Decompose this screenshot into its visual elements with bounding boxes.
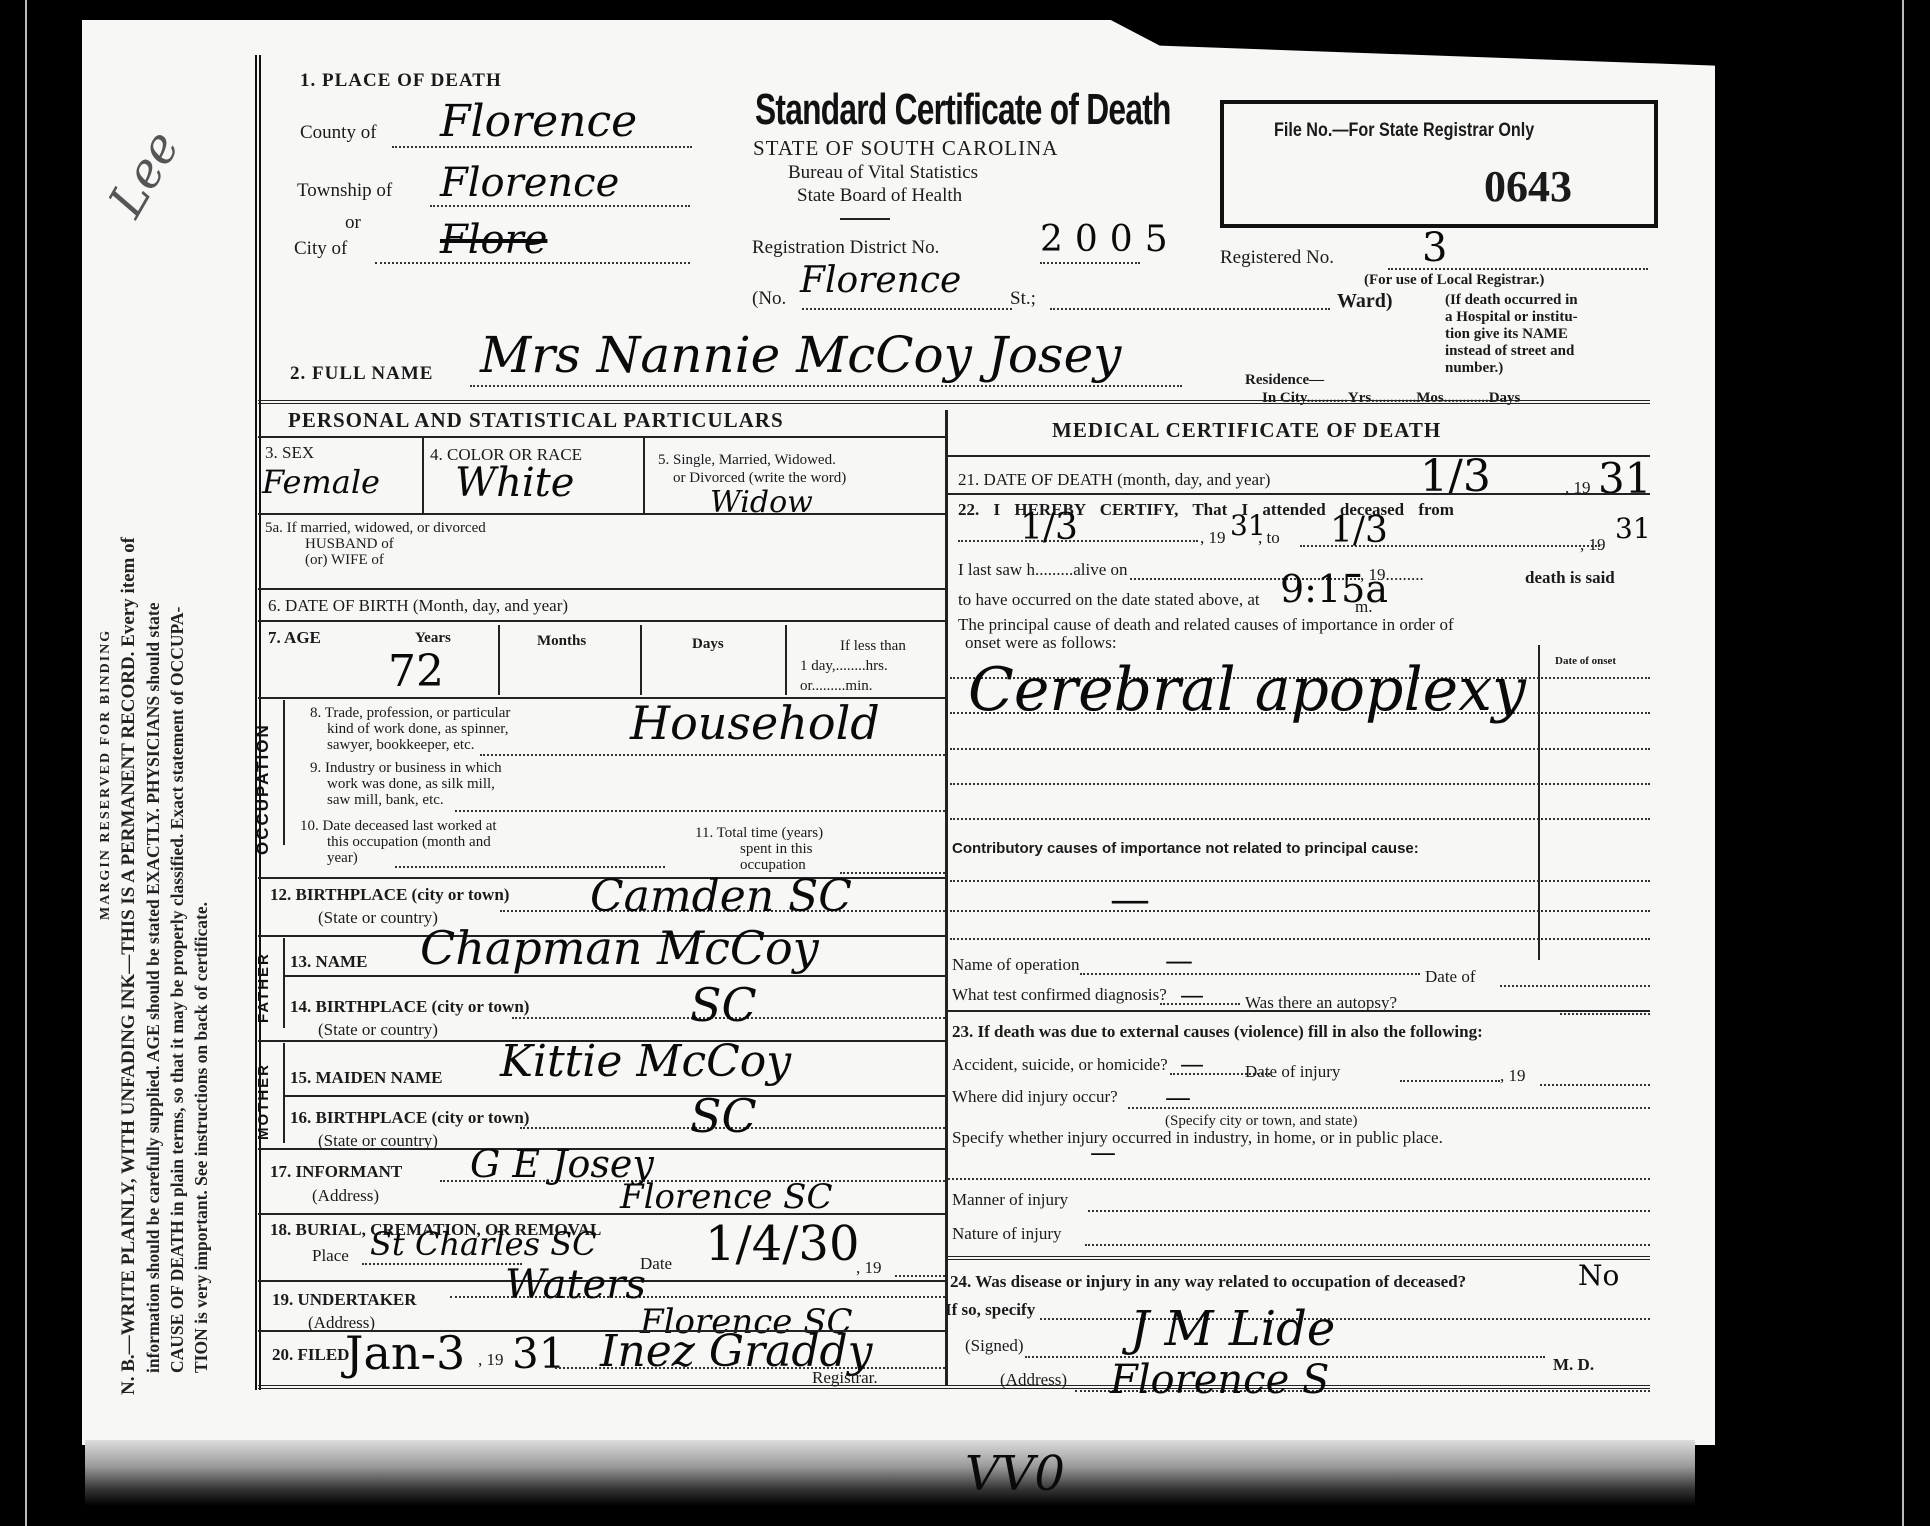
death-said-label: death is said [1525, 568, 1615, 588]
street-label: St.; [1010, 288, 1036, 310]
birthplace-value[interactable]: Camden SC [590, 875, 852, 919]
father-name-label: 13. NAME [290, 952, 367, 972]
rule-before-occupation-related [948, 1256, 1650, 1260]
lastworked-label-2: this occupation (month and [327, 834, 491, 851]
cause-line-5 [950, 818, 1650, 820]
sex-label: 3. SEX [265, 443, 314, 463]
specify-place-line [948, 1178, 1650, 1180]
rule-after-date-of-death [948, 493, 1650, 495]
father-birthplace-value[interactable]: SC [690, 982, 757, 1028]
race-marital-divider [643, 437, 645, 513]
father-side-label: FATHER [255, 952, 272, 1023]
undertaker-value[interactable]: Waters [505, 1265, 646, 1305]
cause-label-1: The principal cause of death and related… [958, 615, 1454, 635]
margin-instruction-line-3: CAUSE OF DEATH in plain terms, so that i… [167, 607, 188, 1395]
father-name-value[interactable]: Chapman McCoy [420, 925, 819, 971]
margin-instruction-line-2: information should be carefully supplied… [143, 602, 164, 1395]
attended-to-year-value[interactable]: 31 [1615, 515, 1651, 543]
bureau-name: Bureau of Vital Statistics [788, 162, 978, 184]
mother-side-divider [283, 1043, 285, 1143]
title-rule [840, 218, 890, 220]
age-label: 7. AGE [268, 628, 321, 648]
trade-label-3: sawyer, bookkeeper, etc. [327, 737, 474, 754]
county-value[interactable]: Florence [440, 100, 637, 144]
operation-date-line [1500, 985, 1650, 987]
rule-after-dob [258, 620, 945, 622]
injury-year-prefix: , 19 [1500, 1066, 1526, 1086]
totaltime-label-2: spent in this [740, 841, 813, 858]
rule-medical-heading [948, 455, 1650, 457]
contributory-line-3 [950, 938, 1650, 940]
hospital-note-line-4: instead of street and [1445, 343, 1578, 360]
registrar-label: Registrar. [812, 1368, 878, 1388]
nature-label: Nature of injury [952, 1224, 1062, 1244]
specify-place-value[interactable]: — [1090, 1140, 1116, 1166]
age-days-divider [785, 625, 787, 695]
signed-label: (Signed) [965, 1336, 1024, 1356]
specify-place-label: Specify whether injury occurred in indus… [952, 1128, 1443, 1148]
ward-label: Ward) [1337, 290, 1393, 313]
place-of-death-heading: 1. PLACE OF DEATH [300, 70, 502, 92]
contributory-line-1 [950, 880, 1650, 882]
certificate-title: Standard Certificate of Death [755, 85, 1171, 135]
injury-date-line [1400, 1080, 1500, 1082]
margin-instruction-line-4: TION is very important. See instructions… [191, 902, 212, 1395]
age-years-label: Years [415, 630, 451, 647]
scan-edge-line-left [25, 0, 27, 1526]
manner-line [1088, 1210, 1650, 1212]
file-number-label: File No.—For State Registrar Only [1274, 120, 1534, 142]
form-bottom-border [258, 1385, 1650, 1389]
occupation-related-label: 24. Was disease or injury in any way rel… [950, 1272, 1466, 1292]
burial-year-line [895, 1275, 945, 1277]
birthplace-label-1: 12. BIRTHPLACE (city or town) [270, 885, 509, 905]
hospital-note-line-3: tion give its NAME [1445, 326, 1578, 343]
rule-after-informant [258, 1213, 945, 1215]
industry-label-2: work was done, as silk mill, [327, 776, 495, 793]
accident-label: Accident, suicide, or homicide? [952, 1055, 1168, 1075]
father-birthplace-label-2: (State or country) [318, 1020, 438, 1040]
paper-bottom-smudge [85, 1440, 1695, 1506]
operation-date-label: Date of [1425, 967, 1476, 987]
industry-label-1: 9. Industry or business in which [310, 760, 502, 777]
township-value[interactable]: Florence [440, 163, 619, 203]
file-number-box: File No.—For State Registrar Only 0643 [1220, 100, 1658, 228]
cause-line-4 [950, 783, 1650, 785]
if-so-label: If so, specify [945, 1300, 1035, 1320]
center-divider [945, 410, 948, 1385]
dob-label: 6. DATE OF BIRTH (Month, day, and year) [268, 596, 568, 616]
filed-label: 20. FILED [272, 1345, 349, 1365]
residence-label: Residence— [1245, 372, 1324, 389]
mother-birthplace-value[interactable]: SC [690, 1093, 757, 1139]
rule-after-sex [258, 513, 945, 515]
totaltime-line [840, 872, 945, 874]
city-value[interactable]: Flore [440, 220, 547, 260]
registered-number-value[interactable]: 3 [1422, 228, 1447, 268]
lastworked-label-3: year) [327, 850, 358, 867]
contributory-label: Contributory causes of importance not re… [952, 840, 1419, 857]
injury-where-line [1128, 1107, 1650, 1109]
attended-to-value[interactable]: 1/3 [1330, 513, 1388, 549]
injury-year-line [1540, 1084, 1650, 1086]
trade-value[interactable]: Household [630, 700, 880, 746]
street-number-value[interactable]: Florence [800, 263, 961, 299]
age-less-2: 1 day,........hrs. [800, 658, 888, 675]
physician-address-value[interactable]: Florence S [1110, 1360, 1329, 1400]
hospital-note-line-5: number.) [1445, 360, 1578, 377]
industry-label-3: saw mill, bank, etc. [327, 792, 444, 809]
full-name-label: 2. FULL NAME [290, 363, 433, 385]
registration-district-label: Registration District No. [752, 237, 939, 259]
cause-label-2: onset were as follows: [965, 633, 1117, 653]
father-side-divider [283, 938, 285, 1028]
age-months-divider [640, 625, 642, 695]
rule-personal-heading [258, 436, 945, 438]
full-name-value[interactable]: Mrs Nannie McCoy Josey [480, 330, 1121, 380]
test-value[interactable]: — [1180, 983, 1204, 1007]
file-number-value: 0643 [1484, 162, 1572, 213]
age-years-value[interactable]: 72 [388, 650, 444, 694]
totaltime-label-1: 11. Total time (years) [695, 825, 823, 842]
residence-in-city: In City...........Yrs............Mos....… [1262, 390, 1520, 407]
autopsy-line [1560, 1013, 1650, 1015]
full-name-line [470, 385, 1182, 387]
section-divider-top [258, 400, 1650, 404]
registered-number-label: Registered No. [1220, 247, 1334, 269]
local-registrar-note: (For use of Local Registrar.) [1364, 272, 1544, 289]
occupation-side-divider [283, 700, 285, 845]
sex-race-divider [422, 437, 424, 513]
injury-date-label: Date of injury [1245, 1062, 1340, 1082]
hospital-note-line-1: (If death occurred in [1445, 292, 1578, 309]
hospital-note: (If death occurred in a Hospital or inst… [1445, 292, 1578, 377]
nature-line [1085, 1244, 1650, 1246]
street-number-line [802, 308, 1012, 310]
injury-where-value[interactable]: — [1165, 1085, 1191, 1111]
street-line [1050, 308, 1330, 310]
burial-date-value[interactable]: 1/4/30 [705, 1220, 860, 1268]
contributory-value[interactable]: — [1110, 880, 1150, 920]
margin-reserved-note: MARGIN RESERVED FOR BINDING [98, 629, 114, 920]
registration-district-value[interactable]: 2005 [1040, 222, 1180, 258]
burial-place-label: Place [312, 1246, 349, 1266]
personal-heading: PERSONAL AND STATISTICAL PARTICULARS [288, 408, 784, 432]
city-label: City of [294, 238, 347, 260]
external-causes-label: 23. If death was due to external causes … [952, 1022, 1483, 1042]
board-name: State Board of Health [797, 185, 962, 207]
date-of-death-label: 21. DATE OF DEATH (month, day, and year) [958, 470, 1270, 490]
mother-birthplace-label-1: 16. BIRTHPLACE (city or town) [290, 1108, 529, 1128]
scan-edge-line-right [1902, 0, 1904, 1526]
rule-after-mother-name [283, 1095, 945, 1097]
attended-from-line [958, 540, 1198, 542]
age-years-divider [498, 625, 500, 695]
county-label: County of [300, 122, 377, 144]
spouse-label-2: HUSBAND of [305, 536, 394, 553]
race-value[interactable]: White [455, 463, 574, 503]
marital-label-1: 5. Single, Married, Widowed. [658, 452, 836, 469]
last-saw-label: I last saw h.........alive on [958, 560, 1128, 580]
rule-after-father-name [283, 975, 945, 977]
date-of-onset-label: Date of onset [1555, 655, 1616, 668]
registration-district-line [1040, 262, 1140, 264]
informant-address-value[interactable]: Florence SC [620, 1180, 832, 1214]
spouse-label-1: 5a. If married, widowed, or divorced [265, 520, 486, 537]
operation-line [1080, 973, 1420, 975]
bottom-scrawl: VV0 [965, 1450, 1065, 1498]
occupation-related-value[interactable]: No [1578, 1262, 1619, 1290]
time-suffix: m. [1355, 597, 1372, 617]
street-number-label: (No. [752, 288, 786, 310]
burial-year-prefix: , 19 [856, 1258, 882, 1278]
contributory-line-2 [950, 910, 1650, 912]
sex-value[interactable]: Female [262, 466, 380, 498]
medical-heading: MEDICAL CERTIFICATE OF DEATH [1052, 418, 1441, 442]
cause-of-death-value[interactable]: Cerebral apoplexy [968, 660, 1526, 720]
accident-value[interactable]: — [1180, 1052, 1204, 1076]
mother-name-value[interactable]: Kittie McCoy [500, 1040, 791, 1084]
mother-side-label: MOTHER [255, 1063, 272, 1140]
trade-label-1: 8. Trade, profession, or particular [310, 705, 510, 722]
spouse-label-3: (or) WIFE of [305, 552, 384, 569]
age-days-label: Days [692, 636, 724, 653]
age-less-3: or.........min. [800, 678, 873, 695]
injury-where-label: Where did injury occur? [952, 1087, 1118, 1107]
manner-label: Manner of injury [952, 1190, 1068, 1210]
burial-place-value[interactable]: St Charles SC [370, 1228, 597, 1260]
date-of-onset-divider [1538, 645, 1540, 960]
mother-name-label: 15. MAIDEN NAME [290, 1068, 443, 1088]
physician-signature[interactable]: J M Lide [1130, 1305, 1335, 1353]
undertaker-label: 19. UNDERTAKER [272, 1290, 417, 1310]
trade-label-2: kind of work done, as spinner, [327, 721, 508, 738]
hospital-note-line-2: a Hospital or institu- [1445, 309, 1578, 326]
occupation-side-label: OCCUPATION [253, 723, 273, 855]
filed-year-prefix: , 19 [478, 1350, 504, 1370]
operation-value[interactable]: — [1165, 947, 1193, 975]
to-label: , to [1258, 528, 1280, 548]
margin-instruction-line-1: N. B.—WRITE PLAINLY, WITH UNFADING INK—T… [118, 537, 140, 1395]
attended-from-year-prefix: , 19 [1200, 528, 1226, 548]
md-label: M. D. [1553, 1355, 1594, 1375]
cause-line-3 [950, 748, 1650, 750]
informant-label: 17. INFORMANT [270, 1162, 402, 1182]
industry-line [455, 810, 945, 812]
father-birthplace-label-1: 14. BIRTHPLACE (city or town) [290, 997, 529, 1017]
lastworked-label-1: 10. Date deceased last worked at [300, 818, 497, 835]
attended-to-year-prefix: , 19 [1580, 535, 1606, 555]
rule-after-spouse [258, 588, 945, 590]
physician-address-label: (Address) [1000, 1370, 1067, 1390]
occurred-label: to have occurred on the date stated abov… [958, 590, 1260, 610]
filed-value[interactable]: Jan-3 [345, 1330, 465, 1376]
test-label: What test confirmed diagnosis? [952, 985, 1167, 1005]
lastworked-line [395, 866, 665, 868]
operation-label: Name of operation [952, 955, 1079, 975]
age-less-1: If less than [840, 638, 906, 655]
attended-from-value[interactable]: 1/3 [1020, 510, 1078, 546]
informant-address-label: (Address) [312, 1186, 379, 1206]
trade-line [480, 754, 945, 756]
state-name: STATE OF SOUTH CAROLINA [753, 136, 1058, 160]
or-label: or [345, 212, 361, 234]
age-months-label: Months [537, 633, 586, 650]
rule-before-external [948, 1010, 1650, 1012]
township-label: Township of [297, 180, 392, 202]
burial-place-line [362, 1263, 522, 1265]
